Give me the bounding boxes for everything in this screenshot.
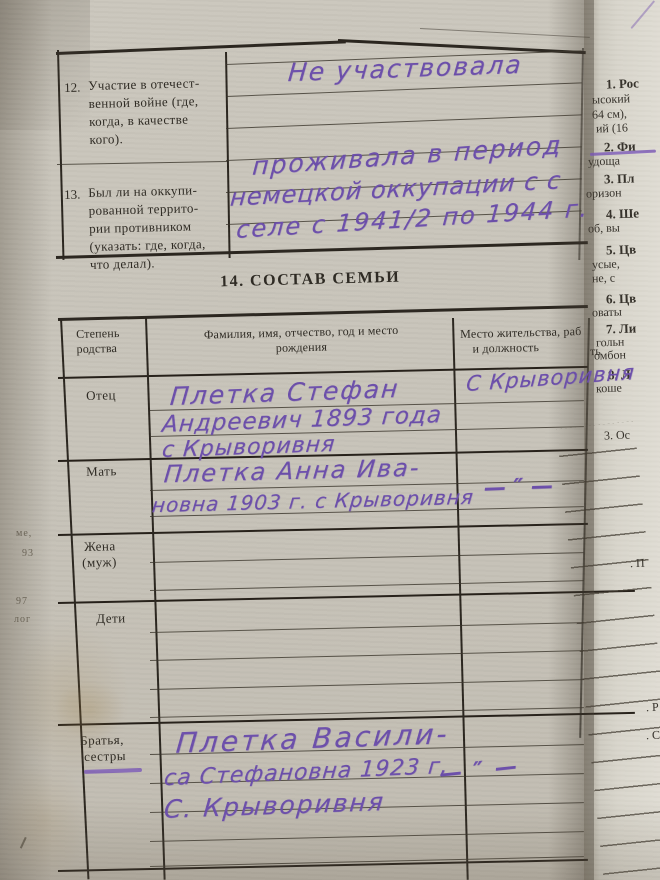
siblings-handwriting-line3: С. Крыворивня	[163, 787, 386, 824]
upper-table-column-divider	[225, 52, 231, 258]
bleed-fragment: 93	[22, 548, 34, 559]
purple-underline-mark	[84, 768, 142, 774]
facing-fragment: не, с	[592, 271, 616, 287]
header-residence: Место жительства, раб и должность	[460, 324, 582, 357]
facing-fragment: ий (16	[596, 120, 628, 136]
answer-rule-line	[226, 114, 582, 129]
label-line: кого).	[89, 128, 201, 149]
facing-fragment: оризон	[586, 185, 622, 201]
label-line: когда, в качестве	[89, 110, 201, 131]
relation-siblings: Братья,	[80, 732, 124, 749]
question-12-label: Участие в отечест- венной войне (где, ко…	[88, 74, 201, 149]
page-crease-line	[420, 28, 590, 38]
facing-fragment: об, вы	[588, 220, 620, 236]
siblings-handwriting-line2: са Стефановна 1923 г,	[163, 754, 450, 792]
cell-rule-line	[150, 580, 584, 591]
left-edge-shadow	[0, 0, 52, 880]
facing-fragment: ысокий	[592, 91, 631, 107]
cell-rule-line	[150, 650, 584, 661]
row-separator	[58, 523, 588, 536]
relation-father: Отец	[86, 387, 116, 404]
question-separator-line	[57, 161, 227, 165]
mother-residence-ditto-mark: — ″ —	[484, 474, 554, 501]
bleed-fragment: ме,	[16, 528, 32, 539]
header-line: и должность	[460, 339, 582, 357]
relation-children: Дети	[96, 610, 126, 627]
top-left-shadow	[0, 0, 90, 130]
scanned-anketa-page-photo: 12. Участие в отечест- венной войне (где…	[0, 0, 660, 880]
siblings-handwriting-line1: Плетка Васили-	[175, 717, 451, 760]
question-13-number: 13.	[64, 187, 81, 203]
label-line: (указать: где, когда,	[89, 235, 206, 256]
siblings-residence-ditto-mark: — ″ —	[439, 754, 520, 787]
facing-fragment: оваты	[592, 304, 622, 320]
row-separator	[58, 859, 588, 872]
header-person: Фамилия, имя, отчество, год и место рожд…	[148, 322, 455, 359]
label-line: что делал).	[90, 253, 207, 274]
header-line: родства	[76, 341, 120, 357]
paper-stain	[0, 760, 90, 880]
relation-wife-2: (муж)	[82, 554, 117, 571]
relation-mother: Мать	[86, 463, 117, 480]
cell-rule-line	[150, 831, 584, 842]
facing-fragment: 1. Рос	[606, 75, 639, 92]
question-12-answer-handwriting: Не участвовала	[287, 50, 524, 87]
cell-rule-line	[150, 622, 584, 633]
facing-fragment: ть	[590, 344, 601, 359]
answer-rule-line	[226, 82, 582, 97]
row-separator	[58, 590, 635, 604]
relation-siblings-2: сестры	[84, 748, 126, 765]
question-12-number: 12.	[64, 80, 81, 96]
mother-handwriting-line1: Плетка Анна Ива-	[163, 454, 422, 489]
header-relation: Степень родства	[76, 326, 120, 357]
upper-table-top-border-left	[56, 40, 346, 55]
cell-rule-line	[150, 552, 584, 563]
family-table-top-border	[58, 305, 588, 321]
header-line: Степень	[76, 326, 120, 342]
paper-stain	[55, 680, 125, 740]
relation-wife: Жена	[84, 538, 116, 555]
cell-rule-line	[150, 679, 584, 690]
small-ink-smudge	[20, 837, 32, 851]
bleed-fragment: лог	[14, 614, 31, 625]
question-13-label: Был ли на оккупи- рованной террито- рии …	[88, 181, 206, 274]
header-line: Место жительства, раб	[460, 324, 582, 342]
bleed-fragment: 97	[16, 596, 28, 607]
